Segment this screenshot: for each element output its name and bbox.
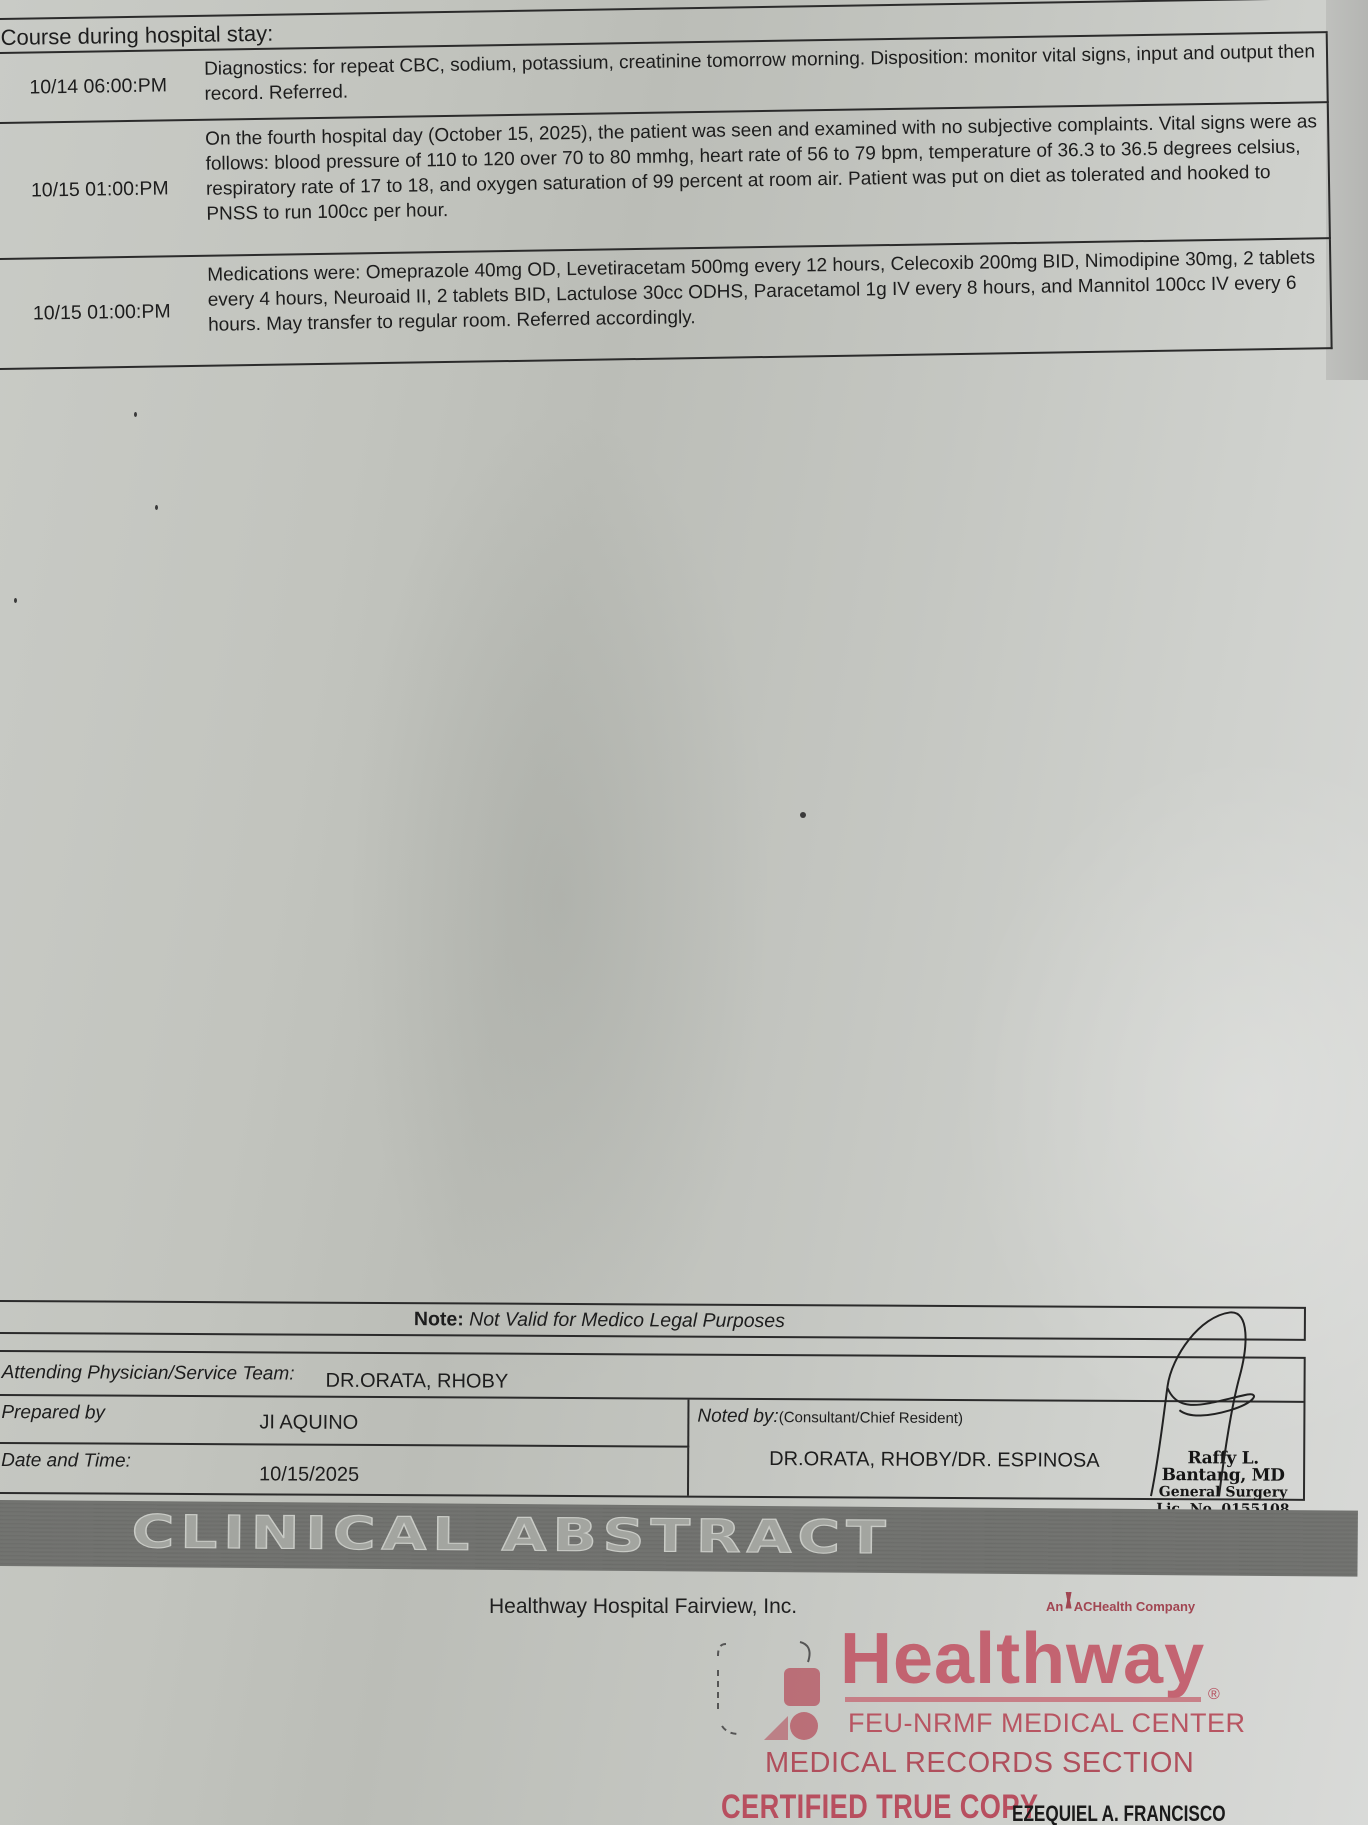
attending-value: DR.ORATA, RHOBY: [326, 1370, 509, 1394]
entry-datetime: 10/15 01:00:PM: [0, 257, 201, 368]
note-box: Note: Not Valid for Medico Legal Purpose…: [0, 1300, 1306, 1341]
course-table: Course during hospital stay: 10/14 06:00…: [0, 0, 1333, 370]
title-banner: CLINICAL ABSTRACT: [0, 1500, 1358, 1577]
paper-speck: [14, 598, 17, 603]
signoff-table: Attending Physician/Service Team: DR.ORA…: [0, 1350, 1306, 1501]
page-edge-shadow: [1326, 0, 1368, 380]
banner-title: CLINICAL ABSTRACT: [132, 1505, 892, 1564]
paper-speck: [800, 812, 806, 818]
datetime-value: 10/15/2025: [259, 1463, 359, 1487]
note-text: Not Valid for Medico Legal Purposes: [469, 1308, 785, 1332]
course-entry: 10/15 01:00:PM Medications were: Omepraz…: [0, 239, 1333, 370]
course-entry: 10/15 01:00:PM On the fourth hospital da…: [0, 103, 1331, 260]
stamp-center: FEU-NRMF MEDICAL CENTER: [848, 1708, 1246, 1739]
noted-sublabel: (Consultant/Chief Resident): [779, 1409, 963, 1427]
datetime-row: Date and Time: 10/15/2025: [0, 1444, 689, 1496]
attending-row: Attending Physician/Service Team: DR.ORA…: [0, 1352, 1304, 1403]
prepared-value: JI AQUINO: [259, 1411, 358, 1435]
handwritten-signature: [1129, 1306, 1270, 1497]
stamp-certification: CERTIFIED TRUE COPY: [721, 1788, 1038, 1825]
datetime-label: Date and Time:: [1, 1450, 131, 1473]
prepared-label: Prepared by: [1, 1402, 105, 1425]
noted-label: Noted by:(Consultant/Chief Resident): [697, 1406, 963, 1429]
entry-datetime: 10/14 06:00:PM: [0, 51, 197, 122]
entry-text: On the fourth hospital day (October 15, …: [197, 103, 1329, 255]
paper-speck: [134, 412, 137, 417]
stamp-section: MEDICAL RECORDS SECTION: [765, 1747, 1194, 1780]
noted-label-text: Noted by:: [697, 1406, 778, 1427]
note-label: Note:: [414, 1308, 464, 1330]
attending-label: Attending Physician/Service Team:: [2, 1362, 295, 1386]
healthway-logo-icon: [712, 1630, 822, 1740]
parent-company-name: ACHealth Company: [1074, 1599, 1195, 1614]
entry-datetime: 10/15 01:00:PM: [0, 121, 199, 258]
hospital-name: Healthway Hospital Fairview, Inc.: [489, 1595, 797, 1619]
stamp-rule: [845, 1697, 1201, 1702]
prepared-row: Prepared by JI AQUINO: [0, 1396, 689, 1448]
paper-speck: [155, 505, 158, 510]
certified-by: EZEQUIEL A. FRANCISCO: [1012, 1801, 1226, 1825]
parent-company: An /\/\ ACHealth Company: [1046, 1588, 1195, 1614]
registered-mark: ®: [1208, 1686, 1220, 1704]
signoff-section: Note: Not Valid for Medico Legal Purpose…: [0, 1300, 1368, 1307]
parent-company-prefix: An: [1046, 1599, 1063, 1614]
stamp-brand: Healthway: [840, 1618, 1205, 1700]
noted-value: DR.ORATA, RHOBY/DR. ESPINOSA: [769, 1448, 1100, 1473]
entry-text: Medications were: Omeprazole 40mg OD, Le…: [199, 239, 1331, 365]
